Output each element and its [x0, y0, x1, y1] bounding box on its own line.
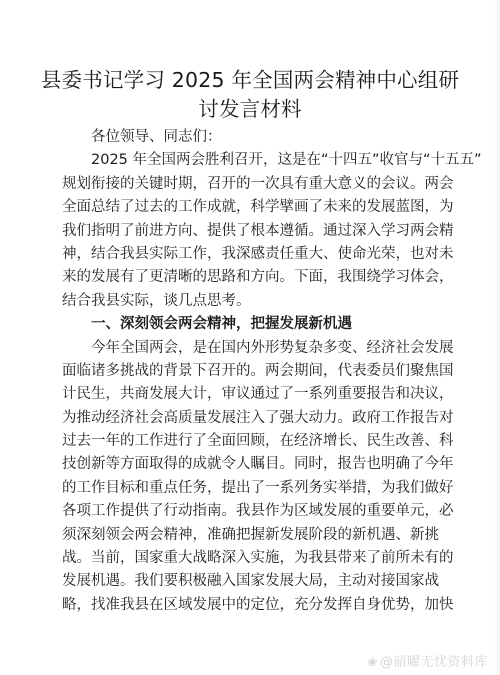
- paragraph-line: 各位领导、同志们：: [62, 126, 402, 149]
- paragraph-line: 须深刻领会两会精神，准确把握新发展阶段的新机遇、新挑: [62, 524, 402, 547]
- paragraph-line: 过去一年的工作进行了全面回顾，在经济增长、民生改善、科: [62, 430, 402, 453]
- paragraph-line: 规划衔接的关键时期，召开的一次具有重大意义的会议。两会: [62, 173, 402, 196]
- paragraph-line: 为推动经济社会高质量发展注入了强大动力。政府工作报告对: [62, 407, 402, 430]
- paragraph-line: 来的发展有了更清晰的思路和方向。下面，我围绕学习体会，: [62, 266, 402, 289]
- paragraph-line: 略，找准我县在区域发展中的定位，充分发挥自身优势，加快: [62, 594, 402, 617]
- document-page: 县委书记学习 2025 年全国两会精神中心组研 讨发言材料 各位领导、同志们：2…: [0, 0, 500, 675]
- paragraph-line: 各项工作提供了行动指南。我县作为区域发展的重要单元，必: [62, 500, 402, 523]
- watermark-text: @韶曜无忧资料库: [380, 655, 488, 670]
- document-body: 各位领导、同志们：2025 年全国两会胜利召开，这是在“十四五”收官与“十五五”…: [62, 126, 402, 617]
- paragraph-line: 计民生，共商发展大计，审议通过了一系列重要报告和决议，: [62, 383, 402, 406]
- paragraph-line: 全面总结了过去的工作成就，科学擘画了未来的发展蓝图，为: [62, 196, 402, 219]
- document-title: 县委书记学习 2025 年全国两会精神中心组研 讨发言材料: [0, 66, 500, 124]
- watermark: ❀@韶曜无忧资料库: [367, 651, 488, 670]
- title-line-2: 讨发言材料: [0, 95, 500, 124]
- paragraph-line: 我们指明了前进方向、提供了根本遵循。通过深入学习两会精: [62, 220, 402, 243]
- title-line-1: 县委书记学习 2025 年全国两会精神中心组研: [0, 66, 500, 95]
- paragraph-line: 神，结合我县实际工作，我深感责任重大、使命光荣，也对未: [62, 243, 402, 266]
- paragraph-line: 战。当前，国家重大战略深入实施，为我县带来了前所未有的: [62, 547, 402, 570]
- paragraph-line: 面临诸多挑战的背景下召开的。两会期间，代表委员们聚焦国: [62, 360, 402, 383]
- paragraph-line: 结合我县实际，谈几点思考。: [62, 290, 402, 313]
- paragraph-line: 今年全国两会，是在国内外形势复杂多变、经济社会发展: [62, 337, 402, 360]
- section-heading: 一、深刻领会两会精神，把握发展新机遇: [62, 313, 402, 336]
- paragraph-line: 技创新等方面取得的成就令人瞩目。同时，报告也明确了今年: [62, 453, 402, 476]
- paragraph-line: 的工作目标和重点任务，提出了一系列务实举措，为我们做好: [62, 477, 402, 500]
- paragraph-line: 2025 年全国两会胜利召开，这是在“十四五”收官与“十五五”: [62, 149, 402, 172]
- paw-icon: ❀: [367, 655, 378, 669]
- paragraph-line: 发展机遇。我们要积极融入国家发展大局，主动对接国家战: [62, 570, 402, 593]
